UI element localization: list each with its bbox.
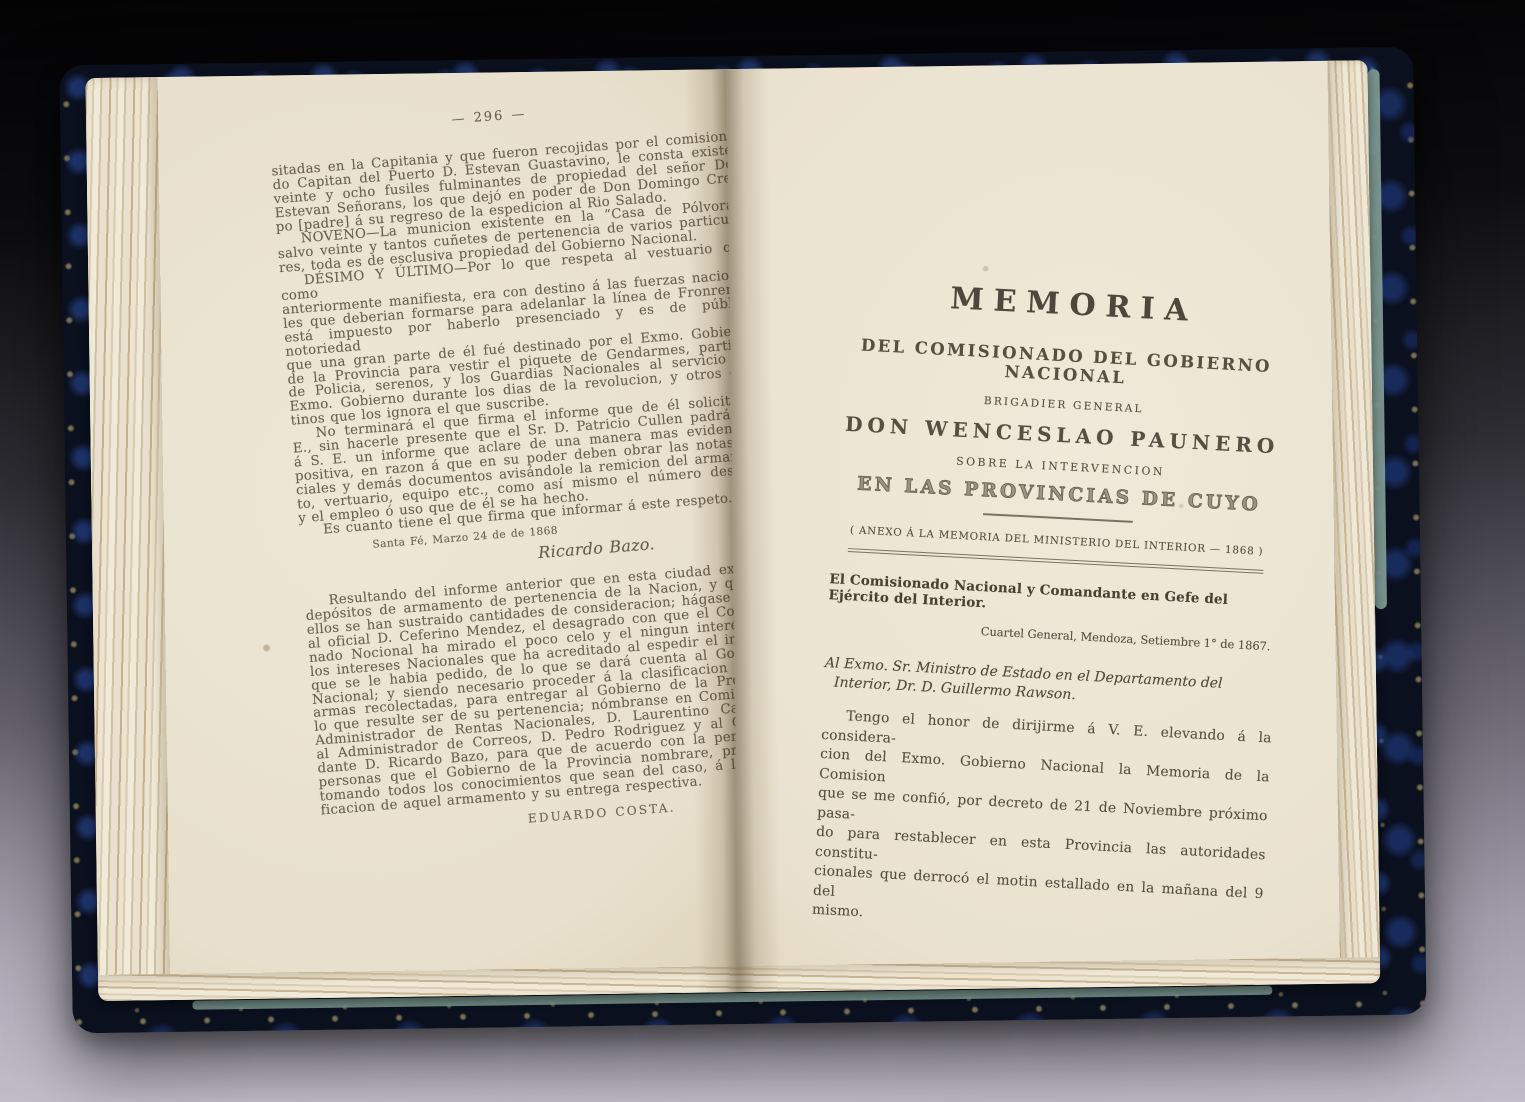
page-block: — 296 — sitadas en la Capitania y que fu… bbox=[85, 60, 1380, 1001]
ministro-address: Al Exmo. Sr. Ministro de Estado en el De… bbox=[824, 654, 1275, 715]
memoria-title: MEMORIA bbox=[843, 276, 1294, 335]
page-edge-stack-left bbox=[85, 77, 170, 1001]
title-line-comisionado: DEL COMISIONADO DEL GOBIERNO NACIONAL bbox=[840, 334, 1291, 395]
letter-body: Tengo el honor de dirijirme á V. E. elev… bbox=[812, 706, 1273, 944]
short-rule bbox=[983, 513, 1133, 523]
right-page-text: MEMORIA DEL COMISIONADO DEL GOBIERNO NAC… bbox=[812, 276, 1295, 944]
paragraph: Tengo el honor de dirijirme á V. E. elev… bbox=[812, 706, 1273, 944]
left-page: — 296 — sitadas en la Capitania y que fu… bbox=[85, 69, 739, 1001]
book: — 296 — sitadas en la Capitania y que fu… bbox=[59, 47, 1426, 1034]
comisionado-heading: El Comisionado Nacional y Comandante en … bbox=[828, 571, 1279, 627]
book-gutter bbox=[684, 69, 781, 993]
right-page: MEMORIA DEL COMISIONADO DEL GOBIERNO NAC… bbox=[726, 60, 1380, 992]
photo-background: — 296 — sitadas en la Capitania y que fu… bbox=[0, 0, 1525, 1102]
